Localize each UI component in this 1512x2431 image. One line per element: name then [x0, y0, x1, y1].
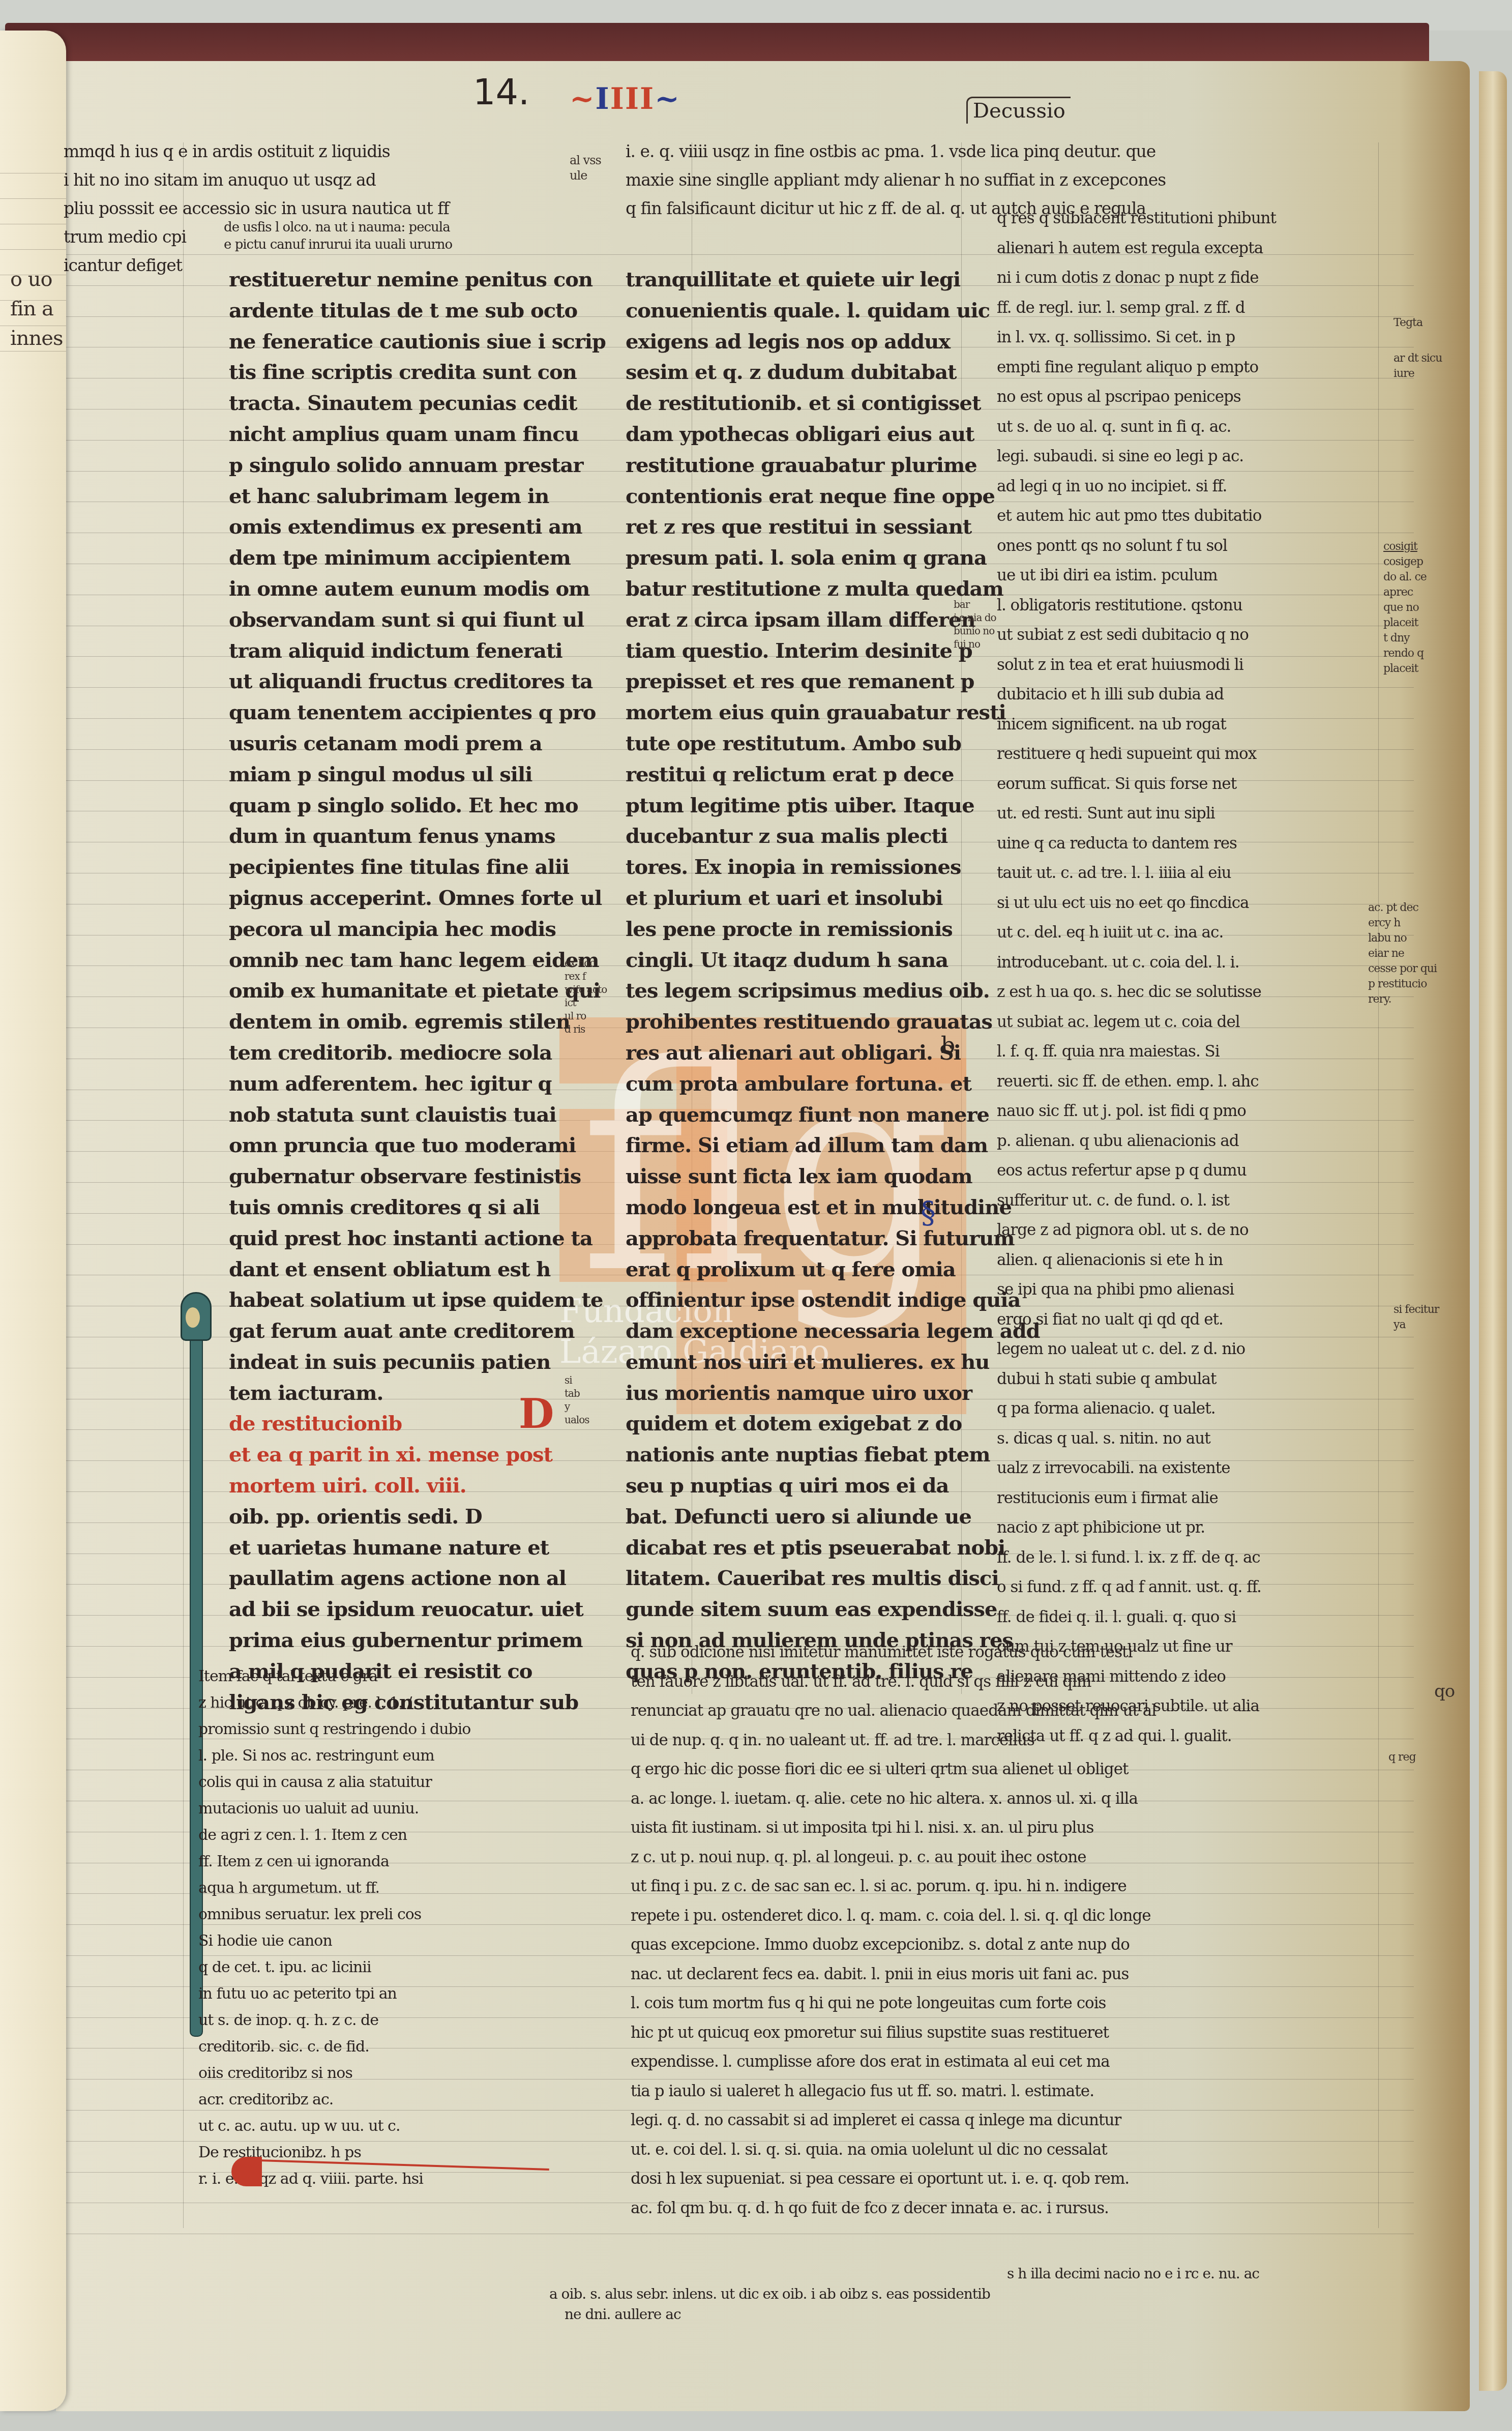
- text-line: Item fac q tal textu c gra: [198, 1663, 470, 1690]
- margin-note-inner-1: al vss ule: [570, 153, 601, 183]
- text-line: uisse sunt ficta lex iam quodam: [626, 1161, 1040, 1192]
- text-line: eorum sufficat. Si quis forse net: [997, 769, 1276, 799]
- margin-notes-left: o uo fin a innes: [10, 265, 63, 353]
- text-line: ones pontt qs no solunt f tu sol: [997, 531, 1276, 561]
- text-line: de agri z cen. l. 1. Item z cen: [198, 1822, 470, 1849]
- text-line: quid prest hoc instanti actione ta: [229, 1223, 606, 1254]
- text-line: res aut alienari aut obligari. Si: [626, 1038, 1040, 1069]
- text-line: tranquillitate et quiete uir legi: [626, 265, 1040, 296]
- text-line: empti fine regulant aliquo p empto: [997, 353, 1276, 383]
- text-line: ut c. del. eq h iuiit ut c. ina ac.: [997, 918, 1276, 948]
- text-line: ualz z irrevocabili. na existente: [997, 1453, 1276, 1483]
- text-line: ut c. ac. autu. up w uu. ut c.: [198, 2113, 470, 2140]
- text-line: ergo si fiat no ualt qi qd qd et.: [997, 1305, 1276, 1335]
- running-head-red: III: [610, 81, 655, 116]
- text-line: dam exceptione necessaria legem add: [626, 1316, 1040, 1347]
- text-line: tes legem scripsimus medius oib.: [626, 976, 1040, 1007]
- text-line: promissio sunt q restringendo i dubio: [198, 1716, 470, 1743]
- text-line: nauo sic ff. ut j. pol. ist fidi q pmo: [997, 1096, 1276, 1126]
- text-line: ad bii se ipsidum reuocatur. uiet: [229, 1594, 606, 1625]
- text-line: seu p nuptias q uiri mos ei da: [626, 1471, 1040, 1502]
- gloss-inner-note: de usfis l olco. na ut i nauma: pecula e…: [224, 219, 452, 253]
- gloss-bottom-right: q. sub odicione nisi imitetur manumittet…: [631, 1638, 1156, 2223]
- text-line: omn pruncia que tuo moderami: [229, 1130, 606, 1161]
- text-line: q pa forma alienacio. q ualet.: [997, 1394, 1276, 1424]
- text-line: tia p iaulo si ualeret h allegacio fus u…: [631, 2077, 1156, 2106]
- text-line: ui de nup. q. q in. no ualeant ut. ff. a…: [631, 1726, 1156, 1755]
- main-text-column-2: tranquillitate et quiete uir legiconueni…: [626, 265, 1040, 1687]
- text-line: legi. q. d. no cassabit si ad impleret e…: [631, 2106, 1156, 2135]
- text-line: tauit ut. c. ad tre. l. l. iiiia al eiu: [997, 858, 1276, 888]
- text-line: alien. q alienacionis si ete h in: [997, 1245, 1276, 1275]
- text-line: l. f. q. ff. quia nra maiestas. Si: [997, 1037, 1276, 1067]
- text-line: renunciat ap grauatu qre no ual. alienac…: [631, 1696, 1156, 1726]
- text-line: aqua h argumetum. ut ff.: [198, 1875, 470, 1901]
- text-line: ptum legitime ptis uiber. Itaque: [626, 790, 1040, 822]
- text-line: quidem et dotem exigebat z do: [626, 1409, 1040, 1440]
- ruling-line: [66, 2234, 1414, 2234]
- footer-line: a oib. s. alus sebr. inlens. ut dic ex o…: [549, 2284, 1259, 2304]
- text-line: cum prota ambulare fortuna. et: [626, 1069, 1040, 1100]
- text-line: gubernatur observare festinistis: [229, 1161, 606, 1192]
- text-line: indeat in suis pecuniis patien: [229, 1347, 606, 1378]
- margin-note: innes: [10, 324, 63, 353]
- margin-note: fin a: [10, 294, 63, 324]
- margin-note-right-3: ac. pt dec ercy h labu no eiar ne cesse …: [1368, 900, 1437, 1007]
- text-line: ff. de fidei q. il. l. guali. q. quo si: [997, 1602, 1276, 1632]
- text-line: les pene procte in remissionis: [626, 914, 1040, 945]
- text-line: acr. creditoribz ac.: [198, 2087, 470, 2113]
- text-line: a. ac longe. l. iuetam. q. alie. cete no…: [631, 1784, 1156, 1814]
- text-line: et hanc salubrimam legem in: [229, 481, 606, 512]
- text-line: pecipientes fine titulas fine alii: [229, 852, 606, 883]
- text-line: contentionis erat neque fine oppe: [626, 481, 1040, 512]
- margin-note-right-1: Tegta ar dt sicu iure: [1394, 315, 1442, 382]
- text-line: quam tenentem accipientes q pro: [229, 697, 606, 728]
- text-line: restituere q hedi supueint qui mox: [997, 739, 1276, 769]
- text-line: observandam sunt si qui fiunt ul: [229, 605, 606, 636]
- text-line: num adferentem. hec igitur q: [229, 1069, 606, 1100]
- text-line: tis fine scriptis credita sunt con: [229, 357, 606, 388]
- text-line: ap quemcumqz fiunt non manere: [626, 1100, 1040, 1131]
- text-line: ius morientis namque uiro uxor: [626, 1378, 1040, 1409]
- text-line: prima eius gubernentur primem: [229, 1625, 606, 1656]
- text-line: ut. ed resti. Sunt aut inu sipli: [997, 799, 1276, 829]
- previous-leaf-edge: [0, 31, 66, 2411]
- text-line: approbata frequentatur. Si futurum: [626, 1223, 1040, 1254]
- gloss-right-column: q res q subiacent restitutioni phibuntal…: [997, 203, 1276, 1751]
- footer-line: ne dni. aullere ac: [549, 2304, 1259, 2325]
- gloss-line: i hit no ino sitam im anuquo ut usqz ad: [64, 166, 449, 194]
- text-line: si ut ulu ect uis no eet qo fincdica: [997, 888, 1276, 918]
- text-line: l. cois tum mortm fus q hi qui ne pote l…: [631, 1989, 1156, 2018]
- text-line: expendisse. l. cumplisse afore dos erat …: [631, 2047, 1156, 2077]
- text-line: cingli. Ut itaqz dudum h sana: [626, 945, 1040, 976]
- text-line: exigens ad legis nos op addux: [626, 327, 1040, 358]
- text-line: ten fauore z libtatis ual. ut ff. ad tre…: [631, 1667, 1156, 1697]
- text-line: q. sub odicione nisi imitetur manumittet…: [631, 1638, 1156, 1667]
- text-line: creditorib. sic. c. de fid.: [198, 2034, 470, 2060]
- text-line: dosi h lex supueniat. si pea cessare ei …: [631, 2164, 1156, 2194]
- rubric-line: et ea q parit in xi. mense post: [229, 1440, 606, 1471]
- text-line: z est h ua qo. s. hec dic se solutisse: [997, 977, 1276, 1007]
- text-line: ut subiat z est sedi dubitacio q no: [997, 620, 1276, 650]
- gloss-line: de usfis l olco. na ut i nauma: pecula: [224, 219, 452, 236]
- text-line: ut finq i pu. z c. de sac san ec. l. si …: [631, 1872, 1156, 1901]
- text-line: omnib nec tam hanc legem eidem: [229, 945, 606, 976]
- gloss-line: mmqd h ius q e in ardis ostituit z liqui…: [64, 137, 449, 166]
- text-line: s. dicas q ual. s. nitin. no aut: [997, 1424, 1276, 1454]
- text-line: paullatim agens actione non al: [229, 1563, 606, 1594]
- margin-note-right-2: cosigit cosigep do al. ce aprec que no p…: [1383, 539, 1427, 677]
- margin-note-right-5: qo: [1434, 1684, 1455, 1699]
- text-line: repete i pu. ostenderet dico. l. q. mam.…: [631, 1901, 1156, 1931]
- gloss-bottom-left: Item fac q tal textu c graz hic ut c. q …: [198, 1663, 470, 2192]
- rubric-line: mortem uiri. coll. viii.: [229, 1471, 606, 1502]
- text-line: in l. vx. q. sollissimo. Si cet. in p: [997, 323, 1276, 353]
- text-line: l. ple. Si nos ac. restringunt eum: [198, 1743, 470, 1769]
- folio-number: 14.: [473, 71, 529, 113]
- text-line: p singulo solido annuam prestar: [229, 450, 606, 481]
- text-line: et uarietas humane nature et: [229, 1533, 606, 1564]
- text-line: nicht amplius quam unam fincu: [229, 419, 606, 450]
- text-line: dum in quantum fenus ynams: [229, 821, 606, 852]
- text-line: ue ut ibi diri ea istim. pculum: [997, 561, 1276, 591]
- text-line: modo longeua est et in multitudine: [626, 1192, 1040, 1223]
- text-line: ff. Item z cen ui ignoranda: [198, 1849, 470, 1875]
- text-line: habeat solatium ut ipse quidem te: [229, 1285, 606, 1316]
- text-line: dubitacio et h illi sub dubia ad: [997, 680, 1276, 710]
- blue-paragraph-mark-icon: §: [921, 1195, 936, 1231]
- text-line: tracta. Sinautem pecunias cedit: [229, 388, 606, 419]
- running-head: ~IIII~: [570, 81, 680, 116]
- text-line: litatem. Caueribat res multis disci: [626, 1563, 1040, 1594]
- margin-note: o uo: [10, 265, 63, 294]
- text-line: miam p singul modus ul sili: [229, 759, 606, 790]
- text-line: tute ope restitutum. Ambo sub: [626, 728, 1040, 759]
- text-line: omib ex humanitate et pietate qui: [229, 976, 606, 1007]
- text-line: et autem hic aut pmo ttes dubitatio: [997, 501, 1276, 531]
- text-line: nacio z apt phibicione ut pr.: [997, 1513, 1276, 1543]
- text-line: dant et ensent obliatum est h: [229, 1254, 606, 1285]
- text-line: z hic ut c. q z ob cy. pre. l. 1. /: [198, 1690, 470, 1716]
- text-line: se ipi qua na phibi pmo alienasi: [997, 1275, 1276, 1305]
- footer-notes: s h illa decimi nacio no e i rc e. nu. a…: [549, 2264, 1259, 2325]
- margin-note-right-4: si fecitur ya: [1394, 1302, 1439, 1333]
- text-line: in omne autem eunum modis om: [229, 574, 606, 605]
- initial-face-icon: [186, 1307, 200, 1328]
- text-line: ad legi q in uo no incipiet. si ff.: [997, 472, 1276, 502]
- running-head-blue: I: [596, 81, 610, 116]
- text-line: presum pati. l. sola enim q grana: [626, 543, 1040, 574]
- text-line: dam ypothecas obligari eius aut: [626, 419, 1040, 450]
- text-line: uine q ca reducta to dantem res: [997, 829, 1276, 859]
- text-line: dubui h stati subie q ambulat: [997, 1364, 1276, 1394]
- text-line: nac. ut declarent fecs ea. dabit. l. pni…: [631, 1960, 1156, 1989]
- text-line: ut subiat ac. legem ut c. coia del: [997, 1007, 1276, 1037]
- text-line: erat q prolixum ut q fere omia: [626, 1254, 1040, 1285]
- text-line: tem creditorib. mediocre sola: [229, 1038, 606, 1069]
- text-line: q ergo hic dic posse fiori dic ee si ult…: [631, 1755, 1156, 1784]
- red-capital-D: D: [519, 1390, 554, 1438]
- text-line: tram aliquid indictum fenerati: [229, 636, 606, 667]
- text-line: ff. de regl. iur. l. semp gral. z ff. d: [997, 293, 1276, 323]
- text-line: pignus acceperint. Omnes forte ul: [229, 883, 606, 914]
- gloss-line: e pictu canuf inrurui ita uuali ururno: [224, 236, 452, 253]
- text-line: quas excepcione. Immo duobz excepcionibz…: [631, 1930, 1156, 1960]
- margin-note-inner-2: bar i o nia do bunio no fui no: [954, 598, 996, 651]
- text-line: emunt nos uiri et mulieres. ex hu: [626, 1347, 1040, 1378]
- text-line: omis extendimus ex presenti am: [229, 512, 606, 543]
- text-line: eos actus refertur apse p q dumu: [997, 1156, 1276, 1186]
- text-line: prepisset et res que remanent p: [626, 666, 1040, 697]
- blue-paragraph-mark-icon: b: [941, 1033, 955, 1059]
- text-line: ut s. de uo al. q. sunt in fi q. ac.: [997, 412, 1276, 442]
- text-line: ut aliquandi fructus creditores ta: [229, 666, 606, 697]
- text-line: hic pt ut quicuq eox pmoretur sui filius…: [631, 2018, 1156, 2048]
- text-line: mortem eius quin grauabatur resti: [626, 697, 1040, 728]
- text-line: ducebantur z sua malis plecti: [626, 821, 1040, 852]
- gloss-line: maxie sine singlle appliant mdy alienar …: [626, 166, 1166, 194]
- text-line: bat. Defuncti uero si aliunde ue: [626, 1502, 1040, 1533]
- text-line: tuis omnis creditores q si ali: [229, 1192, 606, 1223]
- text-line: quam p singlo solido. Et hec mo: [229, 790, 606, 822]
- red-paragraph-mark-icon: [231, 2157, 262, 2186]
- text-line: p. alienan. q ubu alienacionis ad: [997, 1126, 1276, 1156]
- text-line: ne feneratice cautionis siue i scrip: [229, 327, 606, 358]
- text-line: dicabat res et ptis pseuerabat nobi: [626, 1533, 1040, 1564]
- text-line: colis qui in causa z alia statuitur: [198, 1769, 470, 1796]
- text-line: l. obligatoris restitutione. qstonu: [997, 591, 1276, 621]
- text-line: oib. pp. orientis sedi. D: [229, 1502, 606, 1533]
- text-line: dem tpe minimum accipientem: [229, 543, 606, 574]
- text-line: et plurium et uari et insolubi: [626, 883, 1040, 914]
- main-text-column-1: restitueretur nemine penitus conardente …: [229, 265, 606, 1718]
- text-line: Si hodie uie canon: [198, 1928, 470, 1954]
- text-line: inicem significent. na ub rogat: [997, 710, 1276, 740]
- text-line: prohibentes restituendo grauatas: [626, 1007, 1040, 1038]
- text-line: large z ad pignora obl. ut s. de no: [997, 1215, 1276, 1245]
- text-line: de restitutionib. et si contigisset: [626, 388, 1040, 419]
- text-line: firme. Si etiam ad illum tam dam: [626, 1130, 1040, 1161]
- text-line: restitucionis eum i firmat alie: [997, 1483, 1276, 1513]
- text-line: ardente titulas de t me sub octo: [229, 296, 606, 327]
- text-line: nob statuta sunt clauistis tuai: [229, 1100, 606, 1131]
- text-line: introducebant. ut c. coia del. l. i.: [997, 948, 1276, 978]
- gloss-line: i. e. q. viiii usqz in fine ostbis ac pm…: [626, 137, 1166, 166]
- text-line: reuerti. sic ff. de ethen. emp. l. ahc: [997, 1067, 1276, 1097]
- text-line: pecora ul mancipia hec modis: [229, 914, 606, 945]
- text-line: in futu uo ac peterito tpi an: [198, 1981, 470, 2007]
- text-line: restitutione grauabatur plurime: [626, 450, 1040, 481]
- text-line: tores. Ex inopia in remissiones: [626, 852, 1040, 883]
- text-line: gat ferum auat ante creditorem: [229, 1316, 606, 1347]
- text-line: omnibus seruatur. lex preli cos: [198, 1901, 470, 1928]
- text-line: conuenientis quale. l. quidam uic: [626, 296, 1040, 327]
- text-line: dentem in omib. egremis stilen: [229, 1007, 606, 1038]
- text-line: sesim et q. z dudum dubitabat: [626, 357, 1040, 388]
- text-line: restitui q relictum erat p dece: [626, 759, 1040, 790]
- text-line: z c. ut p. noui nup. q. pl. al longeui. …: [631, 1843, 1156, 1872]
- text-line: ni i cum dotis z donac p nupt z fide: [997, 263, 1276, 293]
- text-line: alienari h autem est regula excepta: [997, 233, 1276, 263]
- text-line: restitueretur nemine penitus con: [229, 265, 606, 296]
- text-line: ac. fol qm bu. q. d. h qo fuit de fco z …: [631, 2194, 1156, 2223]
- page-fore-edge: [1479, 71, 1507, 2391]
- text-line: oiis creditoribz si nos: [198, 2060, 470, 2087]
- text-line: nationis ante nuptias fiebat ptem: [626, 1440, 1040, 1471]
- text-line: o si fund. z ff. q ad f annit. ust. q. f…: [997, 1572, 1276, 1602]
- text-line: ret z res que restitui in sessiant: [626, 512, 1040, 543]
- text-line: gunde sitem suum eas expendisse: [626, 1594, 1040, 1625]
- margin-note-inner-4: si tab y ualos: [565, 1373, 589, 1426]
- text-line: ut. e. coi del. l. si. q. si. quia. na o…: [631, 2135, 1156, 2165]
- gloss-top-left: mmqd h ius q e in ardis ostituit z liqui…: [64, 137, 449, 280]
- text-line: q res q subiacent restitutioni phibunt: [997, 203, 1276, 233]
- text-line: sufferitur ut. c. de fund. o. l. ist: [997, 1186, 1276, 1216]
- text-line: offinientur ipse ostendit indige quia: [626, 1285, 1040, 1316]
- margin-note-inner-3: ex hoc rex f wife acto ict ul ro d ris: [565, 956, 607, 1036]
- text-line: ff. de le. l. si fund. l. ix. z ff. de q…: [997, 1543, 1276, 1573]
- footer-line: s h illa decimi nacio no e i rc e. nu. a…: [549, 2264, 1259, 2284]
- text-line: legem no ualeat ut c. del. z d. nio: [997, 1334, 1276, 1364]
- text-line: legi. subaudi. si sine eo legi p ac.: [997, 442, 1276, 472]
- text-line: q de cet. t. ipu. ac licinii: [198, 1954, 470, 1981]
- gloss-header-label: Decussio: [966, 97, 1071, 124]
- margin-rule-right: [1378, 142, 1379, 2228]
- text-line: uista fit iustinam. si ut imposita tpi h…: [631, 1813, 1156, 1843]
- text-line: mutacionis uo ualuit ad uuniu.: [198, 1796, 470, 1822]
- text-line: ut s. de inop. q. h. z c. de: [198, 2007, 470, 2034]
- text-line: solut z in tea et erat huiusmodi li: [997, 650, 1276, 680]
- margin-note-right-6: q reg: [1388, 1750, 1416, 1765]
- text-line: usuris cetanam modi prem a: [229, 728, 606, 759]
- text-line: no est opus al pscripao peniceps: [997, 382, 1276, 412]
